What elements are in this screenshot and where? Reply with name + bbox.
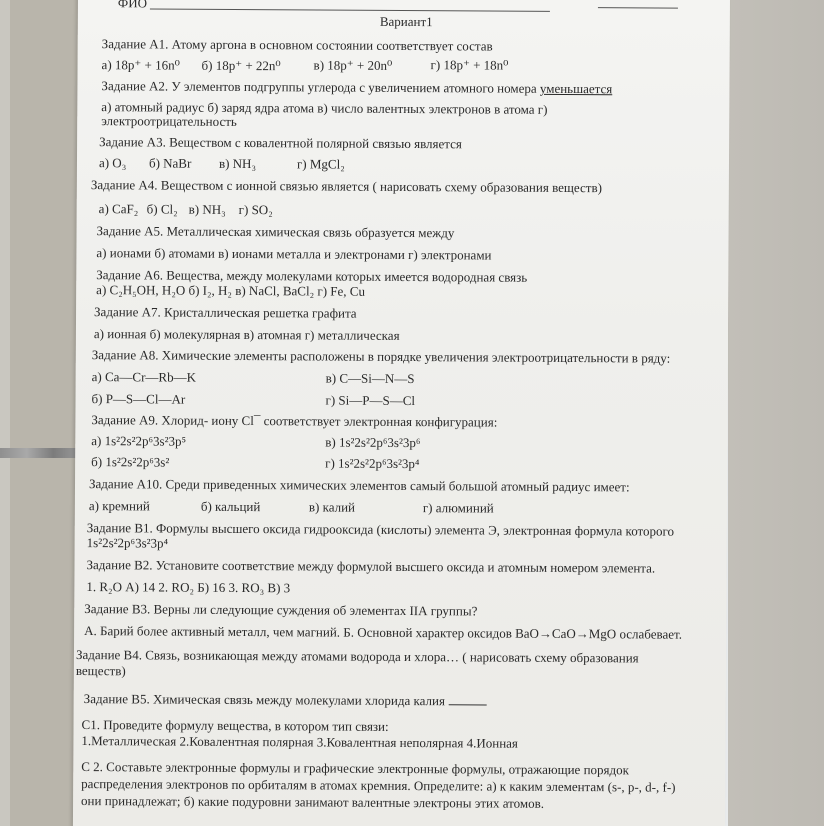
task-a3-option-b: б) NaBr <box>149 156 191 170</box>
background-surface-right <box>728 0 824 826</box>
task-a8-option-c: в) C—Si—N—S <box>326 372 415 387</box>
task-b3-statement: А. Барий более активный металл, чем магн… <box>84 624 682 642</box>
task-a3-option-d: г) MgCl₂ <box>297 157 345 171</box>
task-b5-text: Задание В5. Химическая связь между молек… <box>84 691 449 708</box>
task-b4-title: Задание В4. Связь, возникающая между ато… <box>76 648 639 665</box>
task-a3-title: Задание А3. Веществом с ковалентной поля… <box>99 135 462 151</box>
task-a9-option-d: г) 1s²2s²2p⁶3s²3p⁴ <box>325 457 419 472</box>
task-a8-title: Задание А8. Химические элементы располож… <box>92 348 671 366</box>
task-a5-title: Задание А5. Металлическая химическая свя… <box>97 224 455 240</box>
fio-label: ФИО <box>118 0 147 10</box>
task-a3-option-c: в) NH₃ <box>219 157 256 171</box>
task-a10-option-d: г) алюминий <box>423 501 494 515</box>
task-c2-line2: распределения электронов по орбиталям в … <box>81 777 675 795</box>
task-a4-title: Задание А4. Веществом с ионной связью яв… <box>91 178 602 195</box>
task-a2-title: Задание А2. У элементов подгруппы углеро… <box>101 79 612 96</box>
task-a8-option-b: б) P—S—Cl—Ar <box>91 392 185 407</box>
task-c2-line3: они принадлежат; б) какие подуровни зани… <box>81 794 544 811</box>
task-a4-option-b: б) Cl₂ <box>147 202 178 216</box>
task-a4-option-d: г) SO₂ <box>239 203 273 217</box>
task-a3-option-a: а) O₃ <box>99 156 126 170</box>
task-a9-title: Задание А9. Хлорид- иону Cl¯ соответству… <box>91 413 497 429</box>
task-a9-option-b: б) 1s²2s²2p⁶3s² <box>91 455 169 469</box>
task-a10-title: Задание А10. Среди приведенных химически… <box>89 477 630 494</box>
task-c2-line1: С 2. Составьте электронные формулы и гра… <box>81 760 629 777</box>
background-shelf-edge <box>0 448 80 458</box>
task-a1-option-d: г) 18p⁺ + 18n⁰ <box>431 58 509 72</box>
date-underline <box>598 7 678 8</box>
task-a7-options: а) ионная б) молекулярная в) атомная г) … <box>94 327 400 343</box>
task-a8-option-a: а) Ca—Cr—Rb—K <box>92 370 196 385</box>
task-b4-title-cont: веществ) <box>76 664 126 678</box>
task-a1-option-c: в) 18p⁺ + 20n⁰ <box>314 58 393 72</box>
variant-title: Вариант1 <box>380 15 433 29</box>
background-surface-left <box>0 0 10 826</box>
task-a10-option-c: в) калий <box>309 500 355 514</box>
task-a9-option-c: в) 1s²2s²2p⁶3s²3p⁶ <box>325 436 420 451</box>
task-a1-option-a: а) 18p⁺ + 16n⁰ <box>102 58 180 72</box>
task-a10-option-b: б) кальций <box>201 500 261 514</box>
task-a1-option-b: б) 18p⁺ + 22n⁰ <box>202 59 281 73</box>
task-a4-option-c: в) NH₃ <box>189 203 226 217</box>
task-a2-title-main: Задание А2. У элементов подгруппы углеро… <box>101 78 540 96</box>
task-a8-option-d: г) Si—P—S—Cl <box>325 394 415 409</box>
task-a1-title: Задание А1. Атому аргона в основном сост… <box>102 37 493 53</box>
task-a2-options-cont: электроотрицательность <box>101 114 237 129</box>
task-b2-title: Задание В2. Установите соответствие межд… <box>86 558 655 575</box>
task-b3-title: Задание В3. Верны ли следующие суждения … <box>84 602 477 618</box>
task-a6-options: а) C₂H₅OH, H₂O б) I₂, H₂ в) NaCl, BaCl₂ … <box>96 283 365 299</box>
task-a5-options: а) ионами б) атомами в) ионами металла и… <box>96 246 491 262</box>
task-a7-title: Задание А7. Кристаллическая решетка граф… <box>94 305 357 321</box>
task-b1-formula: 1s²2s²2p⁶3s²3p⁴ <box>87 536 169 550</box>
task-b5-title: Задание В5. Химическая связь между молек… <box>84 692 487 708</box>
fio-underline <box>150 8 550 11</box>
task-a2-title-underlined: уменьшается <box>540 81 612 96</box>
task-b1-title: Задание В1. Формулы высшего оксида гидро… <box>87 521 674 539</box>
task-a4-option-a: а) CaF₂ <box>99 202 139 216</box>
task-b2-options: 1. R₂O А) 14 2. RO₂ Б) 16 3. RO₃ В) 3 <box>86 580 290 595</box>
task-c1-options: 1.Металлическая 2.Ковалентная полярная 3… <box>81 734 518 751</box>
worksheet-paper: ФИО Вариант1 Задание А1. Атому аргона в … <box>73 0 730 826</box>
task-a10-option-a: а) кремний <box>89 499 150 513</box>
task-a9-option-a: а) 1s²2s²2p⁶3s²3p⁵ <box>91 434 186 449</box>
task-b5-answer-blank <box>448 694 486 705</box>
task-c1-title: С1. Проведите формулу вещества, в которо… <box>82 718 389 734</box>
